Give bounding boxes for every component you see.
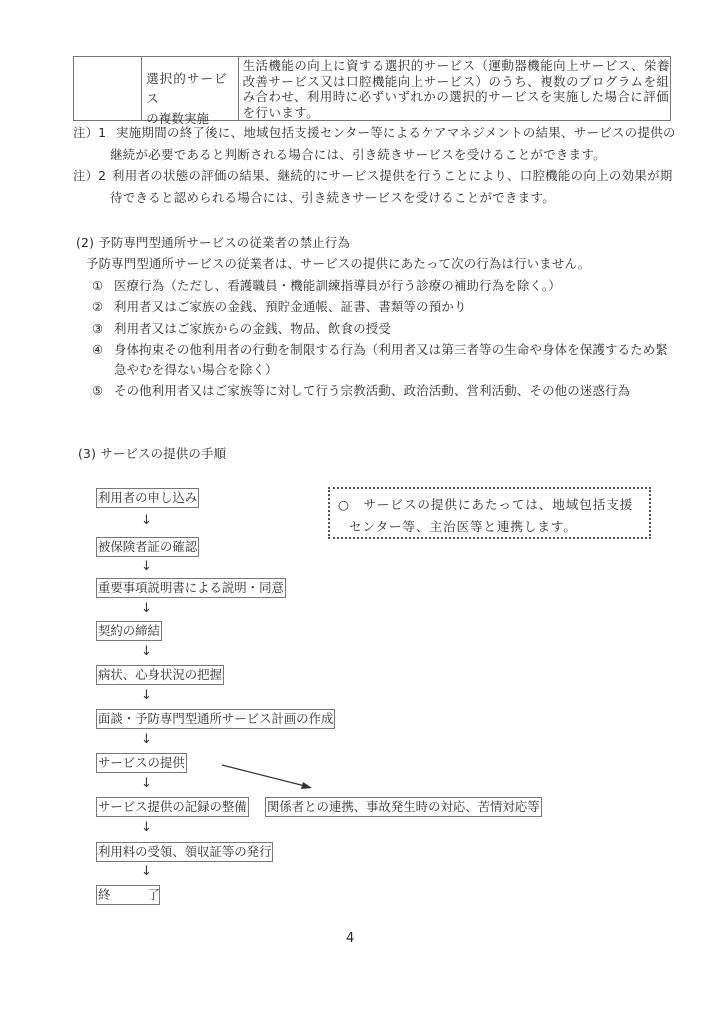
arrow-down-icon: ↓ bbox=[141, 821, 152, 835]
section-heading: (3) サービスの提供の手順 bbox=[78, 446, 226, 462]
flow-side-coordination: 関係者との連携、事故発生時の対応、苦情対応等 bbox=[265, 797, 542, 817]
flow-step-insurance-check: 被保険者証の確認 bbox=[96, 537, 199, 557]
note-line: 利用者の状態の評価の結果、継続的にサービス提供を行うことにより、口腔機能の向上の… bbox=[112, 168, 673, 184]
list-item-number: ① bbox=[92, 278, 103, 294]
table-cell-empty bbox=[74, 57, 142, 120]
description-line: 改善サービス又は口腔機能向上サービス）のうち、複数のプログラムを組 bbox=[243, 74, 670, 90]
table-cell-description: 生活機能の向上に資する選択的サービス（運動器機能向上サービス、栄養 改善サービス… bbox=[239, 57, 670, 120]
coordination-note-box: ○ サービスの提供にあたっては、地域包括支援 センター等、主治医等と連携します。 bbox=[328, 487, 651, 539]
arrow-down-icon: ↓ bbox=[141, 865, 152, 879]
arrow-down-icon: ↓ bbox=[141, 560, 152, 574]
list-item-number: ② bbox=[92, 299, 103, 315]
arrow-down-icon: ↓ bbox=[141, 602, 152, 616]
service-name-line: 選択的サービス bbox=[146, 69, 237, 109]
arrow-down-icon: ↓ bbox=[141, 689, 152, 703]
note-line: 実施期間の終了後に、地域包括支援センター等によるケアマネジメントの結果、サービス… bbox=[116, 125, 676, 141]
list-item-text: 利用者又はご家族からの金銭、物品、飲食の授受 bbox=[114, 321, 391, 337]
flow-step-fee-receipt: 利用料の受領、領収証等の発行 bbox=[96, 842, 273, 862]
flow-step-record-keeping: サービス提供の記録の整備 bbox=[96, 797, 249, 817]
list-item-text: 急やむを得ない場合を除く） bbox=[114, 362, 278, 378]
list-item-number: ④ bbox=[92, 342, 103, 358]
list-item-text: 利用者又はご家族の金銭、預貯金通帳、証書、書類等の預かり bbox=[114, 299, 467, 315]
flow-step-service-provision: サービスの提供 bbox=[96, 753, 187, 773]
flow-step-application: 利用者の申し込み bbox=[96, 488, 199, 508]
description-line: 生活機能の向上に資する選択的サービス（運動器機能向上サービス、栄養 bbox=[243, 58, 670, 74]
note-box-line: センター等、主治医等と連携します。 bbox=[349, 516, 577, 535]
arrow-down-icon: ↓ bbox=[141, 514, 152, 528]
arrow-down-icon: ↓ bbox=[141, 777, 152, 791]
section-heading: (2) 予防専門型通所サービスの従業者の禁止行為 bbox=[76, 235, 350, 251]
flow-step-contract: 契約の締結 bbox=[96, 621, 162, 641]
note-box-line: ○ サービスの提供にあたっては、地域包括支援 bbox=[338, 494, 633, 513]
note-label: 注）2 bbox=[73, 168, 106, 184]
flow-step-explanation-consent: 重要事項説明書による説明・同意 bbox=[96, 578, 286, 598]
flow-step-care-plan: 面談・予防専門型通所サービス計画の作成 bbox=[96, 709, 335, 729]
description-line: み合わせ、利用時に必ずいずれかの選択的サービスを実施した場合に評価 bbox=[243, 89, 670, 105]
note-label: 注）1 bbox=[73, 125, 106, 141]
list-item-text: 身体拘束その他利用者の行動を制限する行為（利用者又は第三者等の生命や身体を保護す… bbox=[114, 342, 668, 358]
flow-step-end: 終 了 bbox=[96, 885, 160, 905]
list-item-text: 医療行為（ただし、看護職員・機能訓練指導員が行う診療の補助行為を除く。） bbox=[114, 278, 561, 294]
section-intro: 予防専門型通所サービスの従業者は、サービスの提供にあたって次の行為は行いません。 bbox=[86, 256, 590, 272]
page-number: 4 bbox=[346, 931, 354, 946]
note-line: 待できると認められる場合には、引き続きサービスを受けることができます。 bbox=[110, 190, 555, 206]
description-line: を行います。 bbox=[243, 105, 670, 121]
list-item-number: ③ bbox=[92, 321, 103, 337]
arrow-down-icon: ↓ bbox=[141, 733, 152, 747]
list-item-number: ⑤ bbox=[92, 383, 103, 399]
service-table: 選択的サービス の複数実施 生活機能の向上に資する選択的サービス（運動器機能向上… bbox=[73, 56, 671, 121]
diagonal-arrow-icon bbox=[215, 758, 325, 798]
arrow-down-icon: ↓ bbox=[141, 645, 152, 659]
flow-step-condition-assessment: 病状、心身状況の把握 bbox=[96, 665, 224, 685]
note-line: 継続が必要であると判断される場合には、引き続きサービスを受けることができます。 bbox=[110, 147, 606, 163]
table-cell-service-name: 選択的サービス の複数実施 bbox=[142, 57, 238, 120]
list-item-text: その他利用者又はご家族等に対して行う宗教活動、政治活動、営利活動、その他の迷惑行… bbox=[114, 383, 630, 399]
